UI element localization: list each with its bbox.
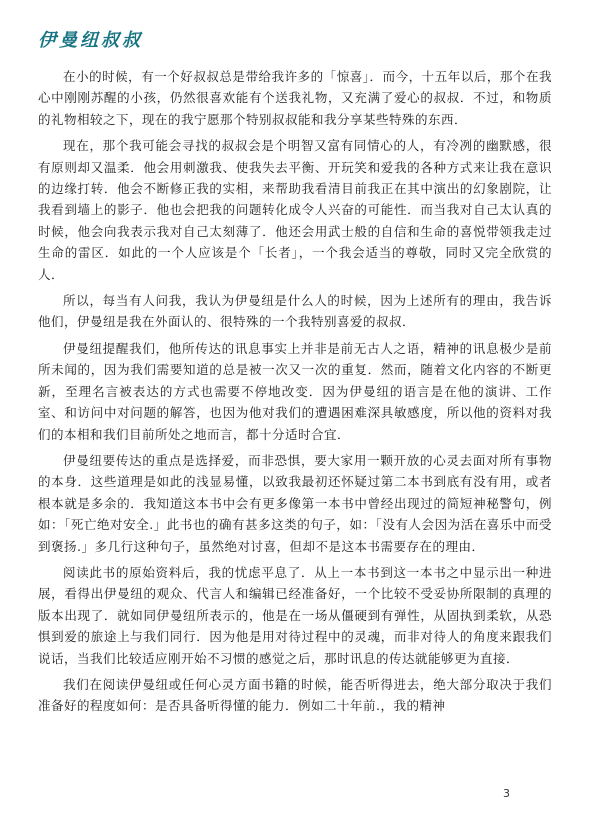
paragraph-1: 在小的时候，有一个好叔叔总是带给我许多的「惊喜」．而今，十五年以后，那个在我心中… [38, 66, 552, 130]
paragraph-7: 我们在阅读伊曼纽或任何心灵方面书籍的时候，能否听得进去，绝大部分取决于我们准备好… [38, 674, 552, 717]
paragraph-5: 伊曼纽要传达的重点是选择爱，而非恐惧，要大家用一颗开放的心灵去面对所有事物的本身… [38, 450, 552, 557]
document-page: 伊曼纽叔叔 在小的时候，有一个好叔叔总是带给我许多的「惊喜」．而今，十五年以后，… [0, 0, 590, 825]
page-content: 伊曼纽叔叔 在小的时候，有一个好叔叔总是带给我许多的「惊喜」．而今，十五年以后，… [38, 26, 552, 722]
page-number: 3 [503, 787, 510, 800]
page-title: 伊曼纽叔叔 [38, 26, 552, 52]
body-text: 在小的时候，有一个好叔叔总是带给我许多的「惊喜」．而今，十五年以后，那个在我心中… [38, 66, 552, 717]
paragraph-2: 现在，那个我可能会寻找的叔叔会是个明智又富有同情心的人，有冷冽的幽默感，很有原则… [38, 135, 552, 285]
paragraph-3: 所以，每当有人问我，我认为伊曼纽是什么人的时候，因为上述所有的理由，我告诉他们，… [38, 290, 552, 333]
paragraph-6: 阅读此书的原始资料后，我的忧虑平息了．从上一本书到这一本书之中显示出一种进展，看… [38, 562, 552, 669]
paragraph-4: 伊曼纽提醒我们，他所传达的讯息事实上并非是前无古人之语，精神的讯息极少是前所未闻… [38, 338, 552, 445]
